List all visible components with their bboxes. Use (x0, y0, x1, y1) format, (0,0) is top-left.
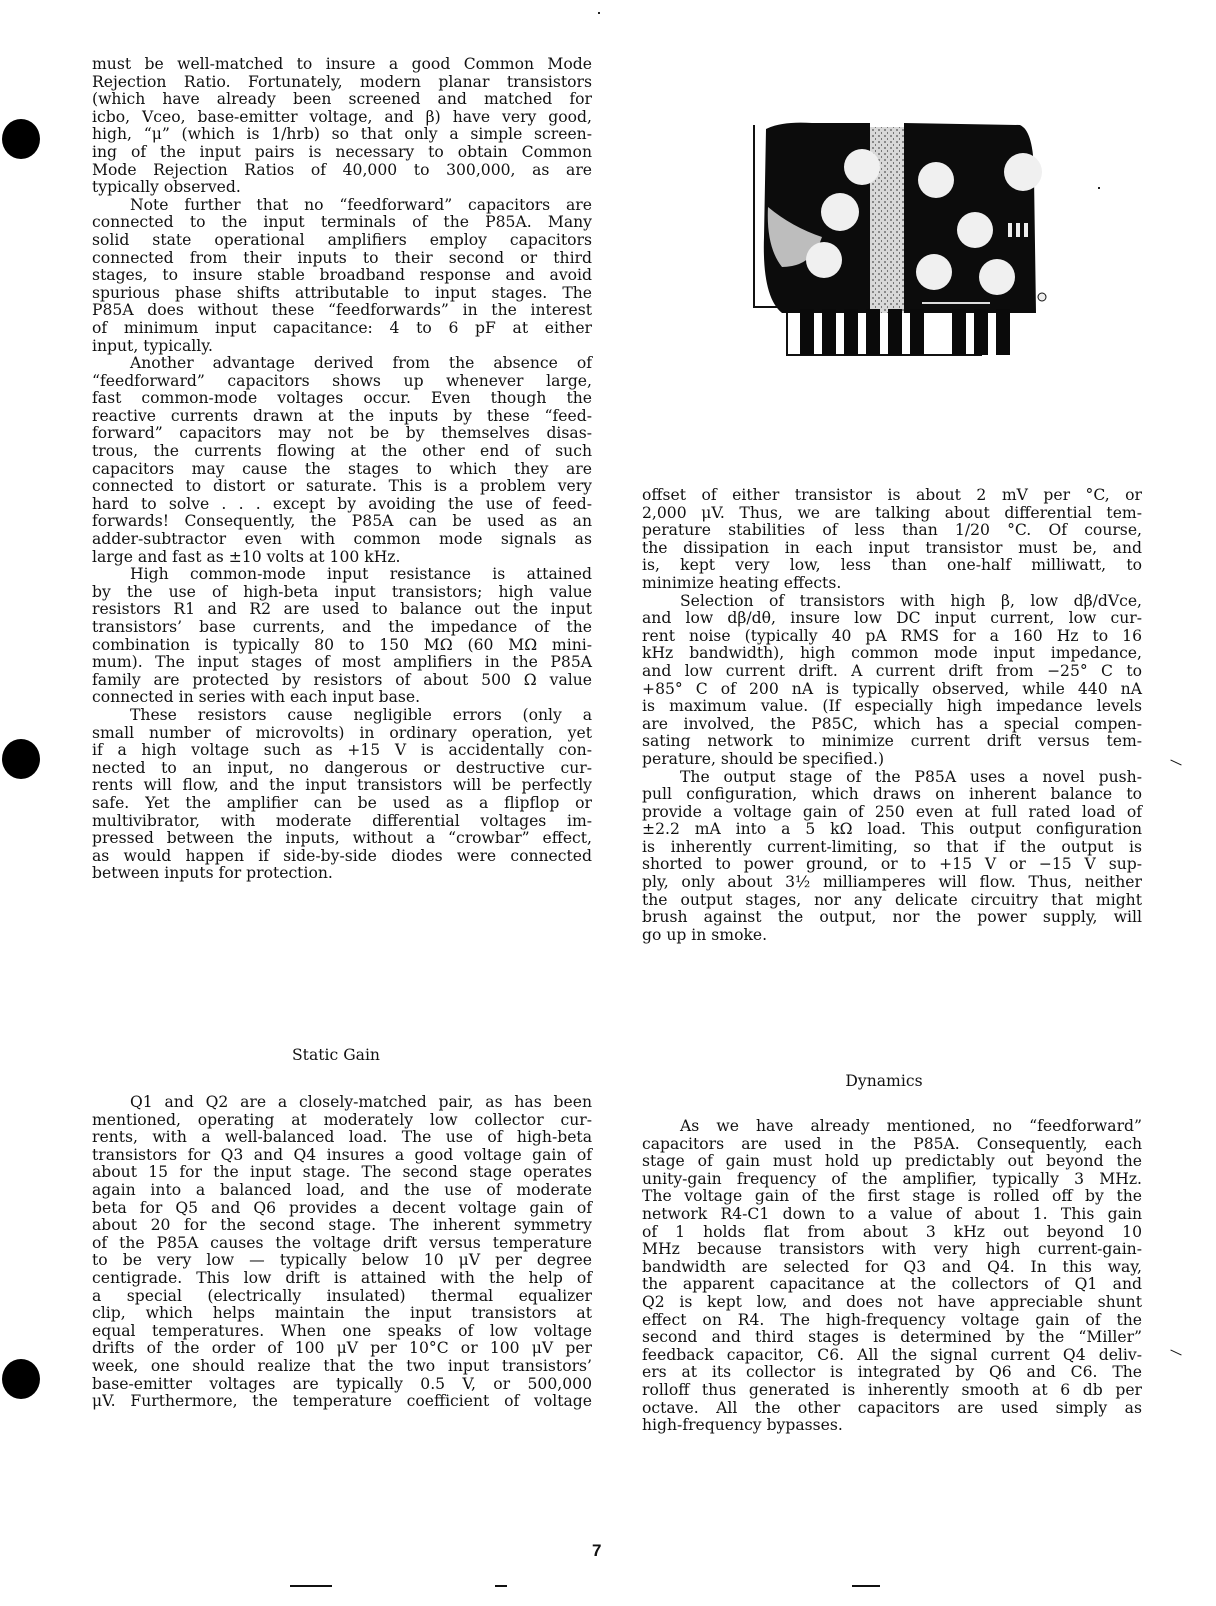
text-line: shorted to power ground, or to +15 V or … (642, 856, 1142, 874)
text-line: +85° C of 200 nA is typically observed, … (642, 681, 1142, 699)
text-line: bandwidth are selected for Q3 and Q4. In… (642, 1259, 1142, 1277)
text-line: High common-mode input resistance is att… (92, 566, 592, 584)
paragraph-offset: offset of either transistor is about 2 m… (642, 487, 1142, 593)
text-line: Q2 is kept low, and does not have apprec… (642, 1294, 1142, 1312)
text-line: nected to an input, no dangerous or dest… (92, 760, 592, 778)
text-line: capacitors are used in the P85A. Consequ… (642, 1136, 1142, 1154)
right-column: offset of either transistor is about 2 m… (642, 487, 1142, 944)
text-line: beta for Q5 and Q6 provides a decent vol… (92, 1200, 592, 1218)
text-line: is inherently current-limiting, so that … (642, 839, 1142, 857)
text-line: trous, the currents flowing at the other… (92, 443, 592, 461)
text-line: of minimum input capacitance: 4 to 6 pF … (92, 320, 592, 338)
scan-speck (1098, 187, 1100, 189)
text-line: spurious phase shifts attributable to in… (92, 285, 592, 303)
text-line: the apparent capacitance at the collecto… (642, 1276, 1142, 1294)
text-line: The output stage of the P85A uses a nove… (642, 769, 1142, 787)
left-column: must be well-matched to insure a good Co… (92, 56, 592, 883)
text-line: capacitors may cause the stages to which… (92, 461, 592, 479)
text-line: clip, which helps maintain the input tra… (92, 1305, 592, 1323)
text-line: rolloff thus generated is inherently smo… (642, 1382, 1142, 1400)
text-line: reactive currents drawn at the inputs by… (92, 408, 592, 426)
text-line: The voltage gain of the first stage is r… (642, 1188, 1142, 1206)
text-line: ply, only about 3½ milliamperes will flo… (642, 874, 1142, 892)
text-line: ers at its collector is integrated by Q6… (642, 1364, 1142, 1382)
text-line: pull configuration, which draws on inher… (642, 786, 1142, 804)
text-line: to be very low — typically below 10 μV p… (92, 1252, 592, 1270)
text-line: about 15 for the input stage. The second… (92, 1164, 592, 1182)
text-line: forwards! Consequently, the P85A can be … (92, 513, 592, 531)
text-line: rent noise (typically 40 pA RMS for a 16… (642, 628, 1142, 646)
paragraph-dynamics: As we have already mentioned, no “feedfo… (642, 1118, 1142, 1435)
text-line: combination is typically 80 to 150 MΩ (6… (92, 637, 592, 655)
paragraph-transistor-selection: Selection of transistors with high β, lo… (642, 593, 1142, 769)
text-line: the output stages, nor any delicate circ… (642, 892, 1142, 910)
scan-speck (598, 12, 600, 14)
paragraph-output-stage: The output stage of the P85A uses a nove… (642, 769, 1142, 945)
punch-hole-top (2, 119, 40, 159)
text-line: again into a balanced load, and the use … (92, 1182, 592, 1200)
text-line: by the use of high-beta input transistor… (92, 584, 592, 602)
text-line: drifts of the order of 100 μV per 10°C o… (92, 1340, 592, 1358)
text-line: as would happen if side-by-side diodes w… (92, 848, 592, 866)
paragraph-static-gain: Q1 and Q2 are a closely-matched pair, as… (92, 1094, 592, 1411)
punch-hole-bottom (2, 1359, 40, 1399)
section-heading-static-gain: Static Gain (86, 1046, 586, 1064)
section-heading-dynamics: Dynamics (634, 1072, 1134, 1090)
text-line: and low current drift. A current drift f… (642, 663, 1142, 681)
text-line: kHz bandwidth), high common mode input i… (642, 645, 1142, 663)
text-line: ±2.2 mA into a 5 kΩ load. This output co… (642, 821, 1142, 839)
text-line: small number of microvolts) in ordinary … (92, 725, 592, 743)
text-line: centigrade. This low drift is attained w… (92, 1270, 592, 1288)
scan-margin-mark (1170, 1350, 1181, 1356)
paragraph-protection: These resistors cause negligible errors … (92, 707, 592, 883)
text-line: brush against the output, nor the power … (642, 909, 1142, 927)
text-line: of the P85A causes the voltage drift ver… (92, 1235, 592, 1253)
text-line: 2,000 μV. Thus, we are talking about dif… (642, 505, 1142, 523)
text-line: μV. Furthermore, the temperature coeffic… (92, 1393, 592, 1411)
text-line: Rejection Ratio. Fortunately, modern pla… (92, 74, 592, 92)
text-line: input, typically. (92, 338, 592, 356)
text-line: fast common-mode voltages occur. Even th… (92, 390, 592, 408)
text-line: are involved, the P85C, which has a spec… (642, 716, 1142, 734)
text-line: typically observed. (92, 179, 592, 197)
text-line: about 20 for the second stage. The inher… (92, 1217, 592, 1235)
footer-rule (495, 1585, 507, 1587)
text-line: As we have already mentioned, no “feedfo… (642, 1118, 1142, 1136)
text-line: the dissipation in each input transistor… (642, 540, 1142, 558)
text-line: transistors for Q3 and Q4 insures a good… (92, 1147, 592, 1165)
text-line: icbo, Vceo, base-emitter voltage, and β)… (92, 109, 592, 127)
text-line: connected in series with each input base… (92, 689, 592, 707)
text-line: forward” capacitors may not be by themse… (92, 425, 592, 443)
text-line: rents, with a well-balanced load. The us… (92, 1129, 592, 1147)
text-line: feedback capacitor, C6. All the signal c… (642, 1347, 1142, 1365)
text-line: connected from their inputs to their sec… (92, 250, 592, 268)
circuit-board-image (752, 117, 1052, 357)
text-line: equal temperatures. When one speaks of l… (92, 1323, 592, 1341)
paragraph-feedforward: Note further that no “feedforward” capac… (92, 197, 592, 355)
text-line: “feedforward” capacitors shows up whenev… (92, 373, 592, 391)
paragraph-common-mode: Another advantage derived from the absen… (92, 355, 592, 566)
text-line: is maximum value. (If especially high im… (642, 698, 1142, 716)
text-line: base-emitter voltages are typically 0.5 … (92, 1376, 592, 1394)
text-line: effect on R4. The high-frequency voltage… (642, 1312, 1142, 1330)
left-column-lower: Q1 and Q2 are a closely-matched pair, as… (92, 1094, 592, 1411)
text-line: ing of the input pairs is necessary to o… (92, 144, 592, 162)
text-line: network R4-C1 down to a value of about 1… (642, 1206, 1142, 1224)
text-line: high, “μ” (which is 1/hrb) so that only … (92, 126, 592, 144)
text-line: Selection of transistors with high β, lo… (642, 593, 1142, 611)
text-line: offset of either transistor is about 2 m… (642, 487, 1142, 505)
text-line: safe. Yet the amplifier can be used as a… (92, 795, 592, 813)
footer-rule (290, 1585, 332, 1587)
text-line: connected to distort or saturate. This i… (92, 478, 592, 496)
text-line: solid state operational amplifiers emplo… (92, 232, 592, 250)
text-line: perature stabilities of less than 1/20 °… (642, 522, 1142, 540)
page-number: 7 (592, 1541, 601, 1561)
scan-margin-mark (1170, 760, 1181, 766)
text-line: mum). The input stages of most amplifier… (92, 654, 592, 672)
text-line: Mode Rejection Ratios of 40,000 to 300,0… (92, 162, 592, 180)
footer-rule (852, 1585, 880, 1587)
paragraph-input-resistance: High common-mode input resistance is att… (92, 566, 592, 707)
text-line: Note further that no “feedforward” capac… (92, 197, 592, 215)
text-line: (which have already been screened and ma… (92, 91, 592, 109)
punch-hole-middle (2, 739, 40, 779)
text-line: unity-gain frequency of the amplifier, t… (642, 1171, 1142, 1189)
text-line: provide a voltage gain of 250 even at fu… (642, 804, 1142, 822)
text-line: is, kept very low, less than one-half mi… (642, 557, 1142, 575)
text-line: a special (electrically insulated) therm… (92, 1288, 592, 1306)
text-line: rents will flow, and the input transisto… (92, 777, 592, 795)
text-line: connected to the input terminals of the … (92, 214, 592, 232)
text-line: resistors R1 and R2 are used to balance … (92, 601, 592, 619)
text-line: transistors’ base currents, and the impe… (92, 619, 592, 637)
text-line: adder-subtractor even with common mode s… (92, 531, 592, 549)
text-line: octave. All the other capacitors are use… (642, 1400, 1142, 1418)
text-line: mentioned, operating at moderately low c… (92, 1112, 592, 1130)
text-line: MHz because transistors with very high c… (642, 1241, 1142, 1259)
text-line: stage of gain must hold up predictably o… (642, 1153, 1142, 1171)
text-line: stages, to insure stable broadband respo… (92, 267, 592, 285)
text-line: sating network to minimize current drift… (642, 733, 1142, 751)
text-line: must be well-matched to insure a good Co… (92, 56, 592, 74)
text-line: large and fast as ±10 volts at 100 kHz. (92, 549, 592, 567)
text-line: and low dβ/dθ, insure low DC input curre… (642, 610, 1142, 628)
text-line: pressed between the inputs, without a “c… (92, 830, 592, 848)
text-line: Another advantage derived from the absen… (92, 355, 592, 373)
text-line: multivibrator, with moderate differentia… (92, 813, 592, 831)
paragraph-cmrr: must be well-matched to insure a good Co… (92, 56, 592, 197)
text-line: Q1 and Q2 are a closely-matched pair, as… (92, 1094, 592, 1112)
text-line: between inputs for protection. (92, 865, 592, 883)
text-line: if a high voltage such as +15 V is accid… (92, 742, 592, 760)
text-line: of 1 holds flat from about 3 kHz out bey… (642, 1224, 1142, 1242)
text-line: second and third stages is determined by… (642, 1329, 1142, 1347)
text-line: These resistors cause negligible errors … (92, 707, 592, 725)
text-line: perature, should be specified.) (642, 751, 1142, 769)
text-line: high-frequency bypasses. (642, 1417, 1142, 1435)
text-line: hard to solve . . . except by avoiding t… (92, 496, 592, 514)
text-line: week, one should realize that the two in… (92, 1358, 592, 1376)
text-line: family are protected by resistors of abo… (92, 672, 592, 690)
circuit-board-photo (752, 117, 1052, 357)
text-line: P85A does without these “feedforwards” i… (92, 302, 592, 320)
right-column-lower: As we have already mentioned, no “feedfo… (642, 1118, 1142, 1435)
text-line: go up in smoke. (642, 927, 1142, 945)
text-line: minimize heating effects. (642, 575, 1142, 593)
